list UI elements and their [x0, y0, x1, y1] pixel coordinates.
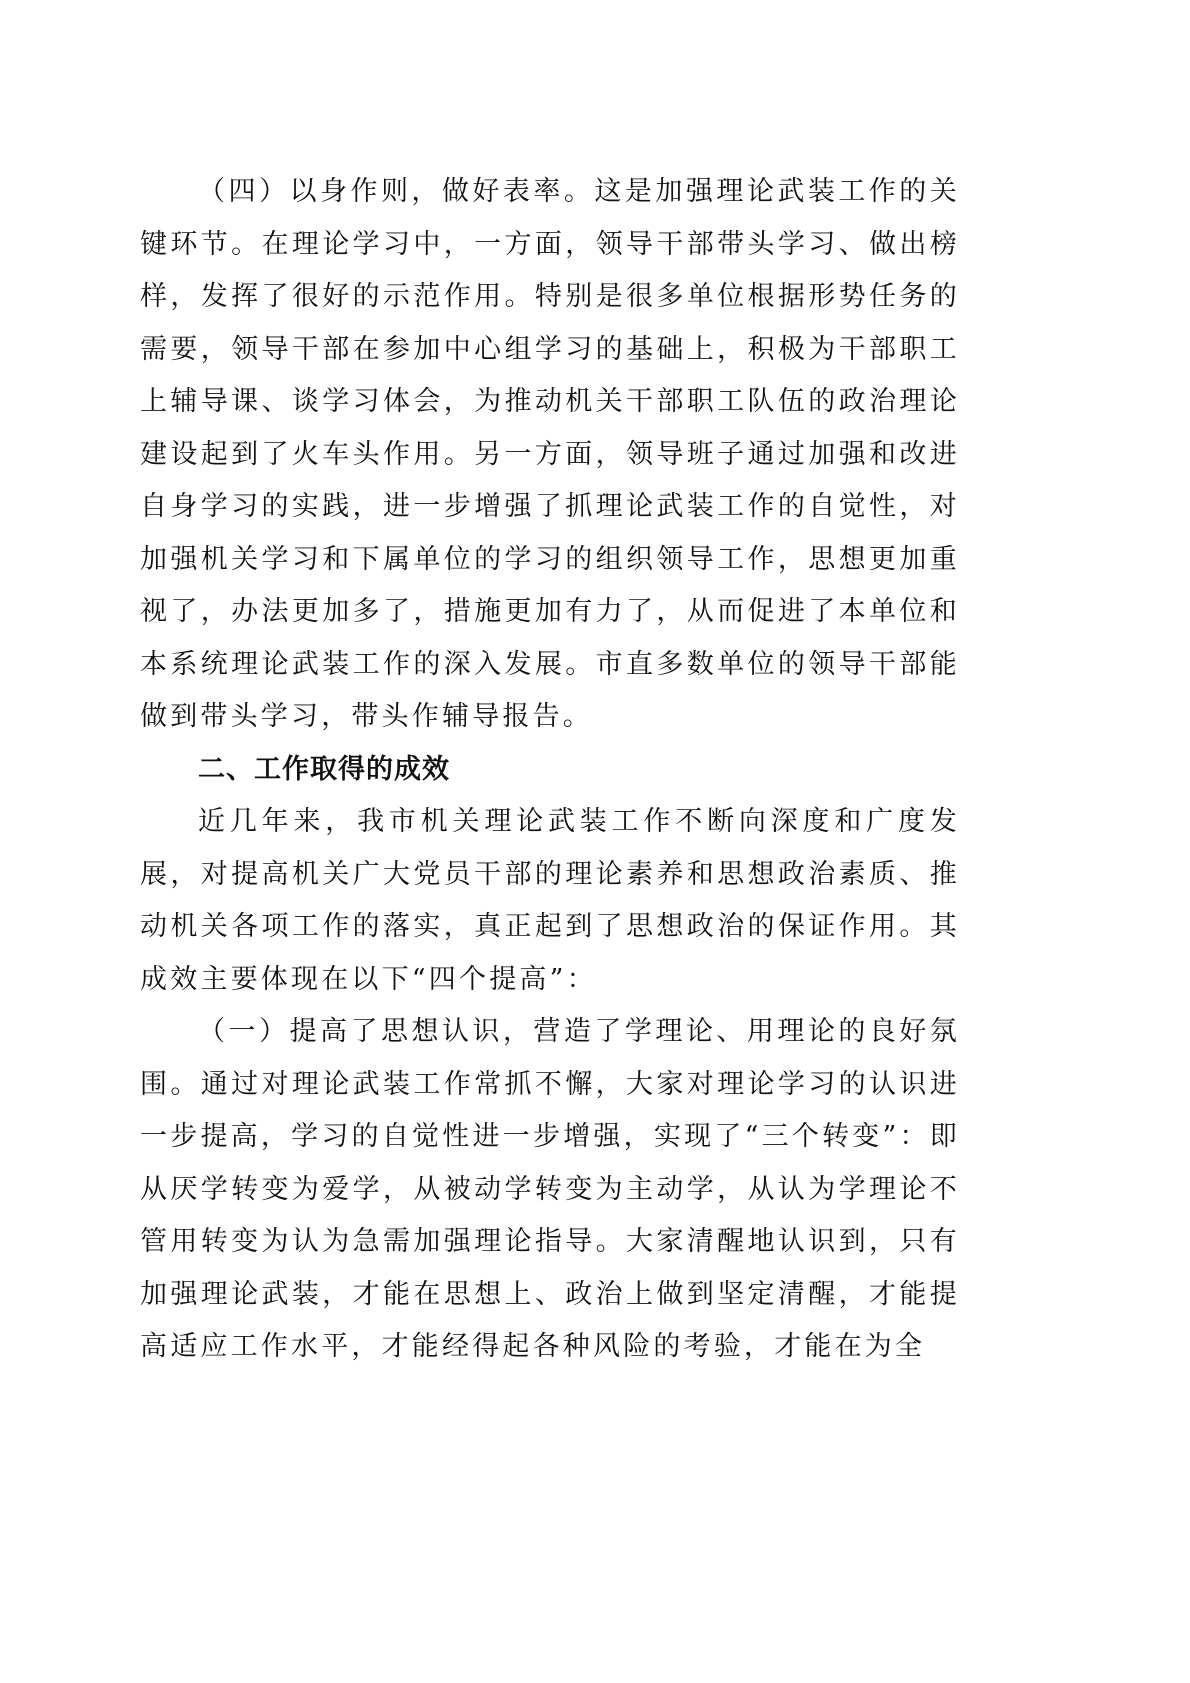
paragraph-body: 这是加强理论武装工作的关键环节。在理论学习中，一方面，领导干部带头学习、做出榜样… [140, 176, 960, 732]
section-heading-achievements: 二、工作取得的成效 [140, 744, 960, 797]
paragraph-lead-heading: （四）以身作则，做好表率。 [198, 176, 594, 207]
paragraph-body: 通过对理论武装工作常抓不懈，大家对理论学习的认识进一步提高，学习的自觉性进一步增… [140, 1069, 960, 1363]
document-page: （四）以身作则，做好表率。这是加强理论武装工作的关键环节。在理论学习中，一方面，… [140, 166, 960, 1374]
paragraph-lead-by-example: （四）以身作则，做好表率。这是加强理论武装工作的关键环节。在理论学习中，一方面，… [140, 166, 960, 744]
paragraph-improved-awareness: （一）提高了思想认识，营造了学理论、用理论的良好氛围。通过对理论武装工作常抓不懈… [140, 1006, 960, 1374]
paragraph-body: 近几年来，我市机关理论武装工作不断向深度和广度发展，对提高机关广大党员干部的理论… [140, 806, 960, 995]
paragraph-achievements-intro: 近几年来，我市机关理论武装工作不断向深度和广度发展，对提高机关广大党员干部的理论… [140, 796, 960, 1006]
